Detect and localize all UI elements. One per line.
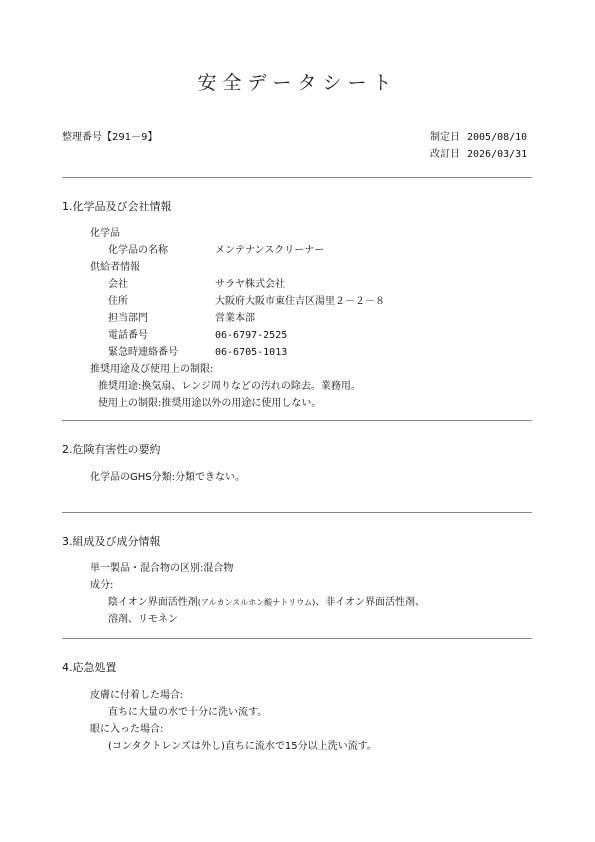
phone-label: 電話番号 [108, 330, 148, 342]
divider [62, 512, 532, 513]
section-1-heading: 1.化学品及び会社情報 [62, 200, 172, 213]
components-line-2: 溶剤、リモネン [108, 614, 178, 626]
divider [62, 420, 532, 421]
established-date: 2005/08/10 [467, 132, 527, 144]
company-value: サラヤ株式会社 [215, 279, 285, 291]
section-4-heading: 4.応急処置 [62, 661, 117, 674]
usage-heading: 推奨用途及び使用上の制限: [90, 364, 213, 376]
divider [62, 177, 532, 178]
address-label: 住所 [108, 296, 128, 308]
eye-contact-label: 眼に入った場合: [90, 724, 163, 736]
revised-date: 2026/03/31 [467, 149, 527, 161]
component-nonionic: 、非イオン界面活性剤、 [315, 597, 425, 608]
usage-restriction: 使用上の制限:推奨用途以外の用途に使用しない。 [98, 398, 321, 410]
address-value: 大阪府大阪市東住吉区湯里２－２－８ [215, 296, 385, 308]
chemical-name-label: 化学品の名称 [108, 245, 168, 257]
component-anionic: 陰イオン界面活性剤 [108, 597, 198, 608]
dept-label: 担当部門 [108, 313, 148, 325]
component-anionic-detail: (アルカンスルホン酸ナトリウム) [198, 598, 316, 607]
components-label: 成分: [90, 580, 113, 592]
revised-label: 改訂日 [430, 149, 460, 161]
supplier-label: 供給者情報 [90, 262, 140, 274]
page-title: 安全データシート [0, 68, 595, 95]
emergency-value: 06-6705-1013 [215, 347, 287, 359]
company-label: 会社 [108, 279, 128, 291]
section-2-heading: 2.危険有害性の要約 [62, 443, 161, 456]
chemical-label: 化学品 [90, 228, 120, 240]
skin-contact-label: 皮膚に付着した場合: [90, 690, 183, 702]
usage-recommended: 推奨用途:換気扇、レンジ周りなどの汚れの除去。業務用。 [98, 381, 361, 393]
skin-contact-action: 直ちに大量の水で十分に洗い流す。 [108, 707, 267, 719]
dept-value: 営業本部 [215, 313, 255, 325]
section-3-heading: 3.組成及び成分情報 [62, 535, 161, 548]
emergency-label: 緊急時連絡番号 [108, 347, 178, 359]
eye-contact-action: (コンタクトレンズは外し)直ちに流水で15分以上洗い流す。 [108, 741, 377, 753]
divider [62, 638, 532, 639]
control-number: 整理番号【291－9】 [62, 132, 157, 144]
established-label: 制定日 [430, 132, 460, 144]
phone-value: 06-6797-2525 [215, 330, 287, 342]
components-line-1: 陰イオン界面活性剤(アルカンスルホン酸ナトリウム)、非イオン界面活性剤、 [108, 597, 425, 609]
chemical-name-value: メンテナンスクリーナー [215, 245, 324, 257]
ghs-classification: 化学品のGHS分類:分類できない。 [90, 472, 245, 484]
substance-distinction: 単一製品・混合物の区別:混合物 [90, 563, 233, 575]
